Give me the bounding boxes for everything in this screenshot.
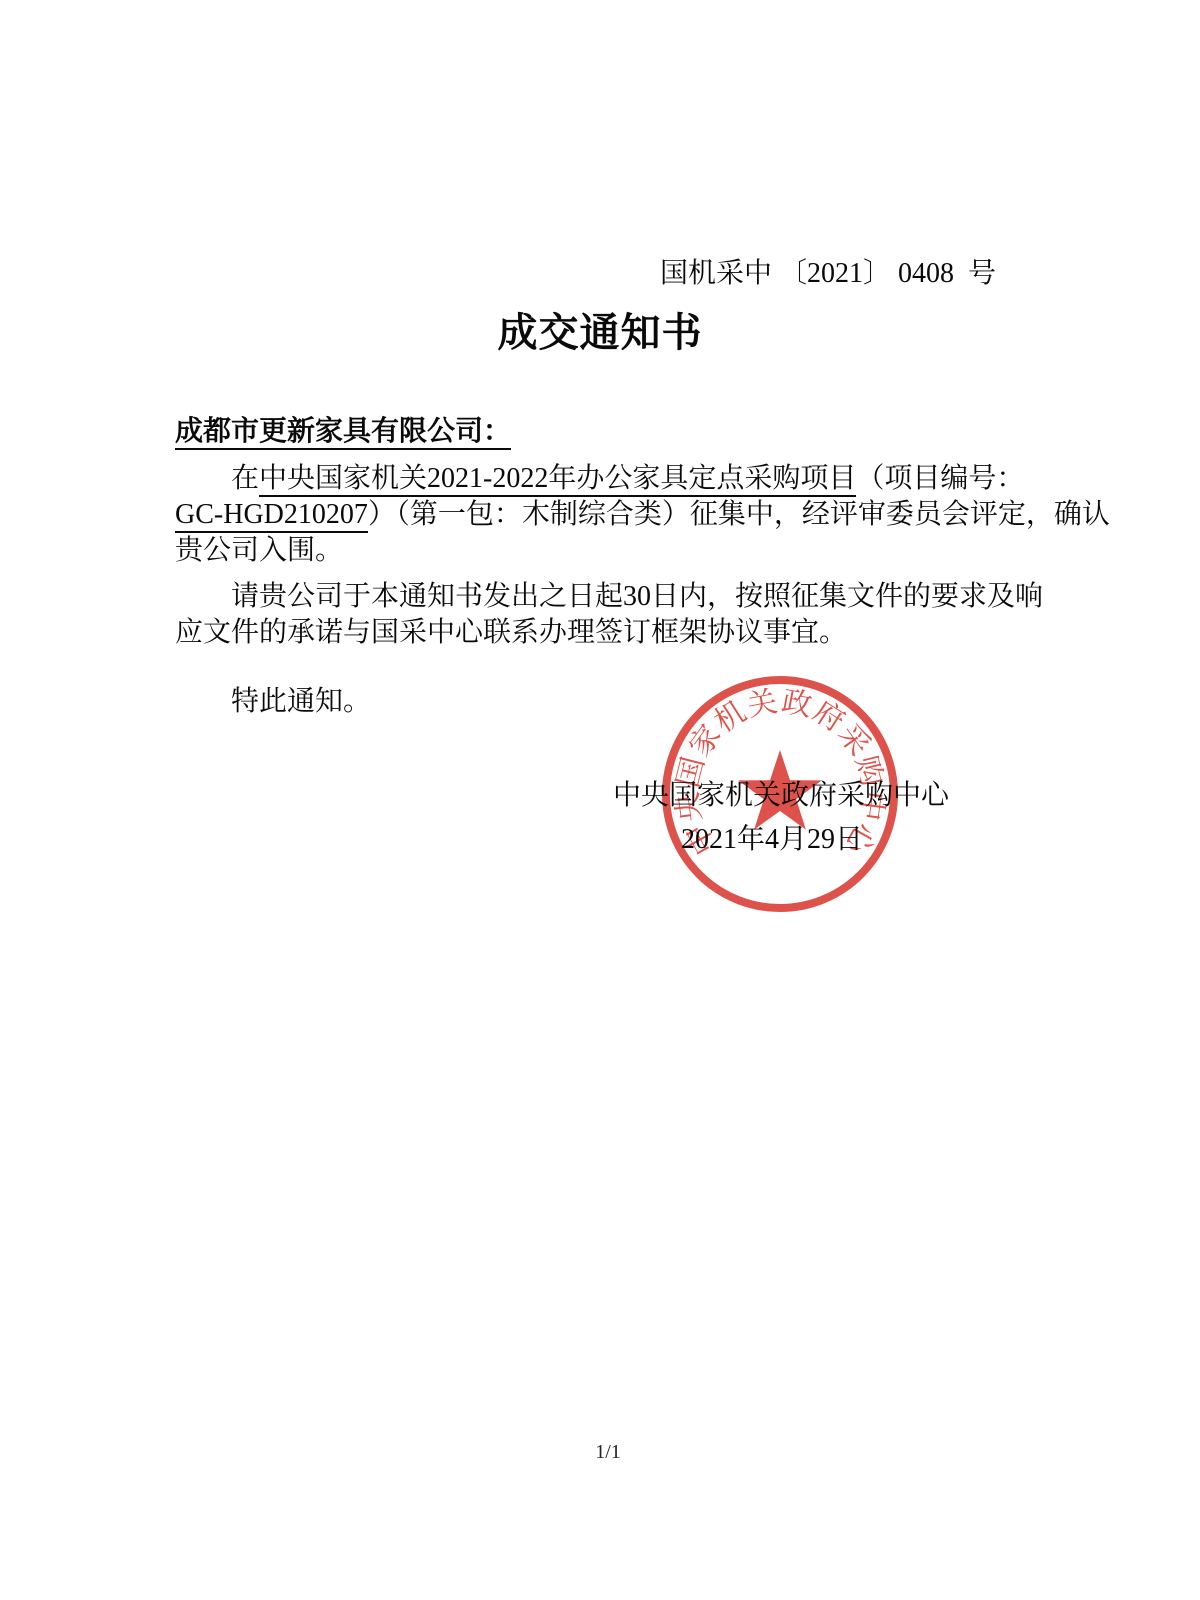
paragraph-2-line-2: 应文件的承诺与国采中心联系办理签订框架协议事宜。: [175, 615, 1035, 651]
para1-post-text: ）（第一包：木制综合类）征集中，经评审委员会评定，确认: [368, 499, 1110, 530]
paragraph-1-line-2: GC-HGD210207）（第一包：木制综合类）征集中，经评审委员会评定，确认: [175, 497, 1035, 533]
paragraph-1-line-1: 在中央国家机关2021-2022年办公家具定点采购项目（项目编号：: [175, 461, 1035, 497]
paragraph-2-line-1: 请贵公司于本通知书发出之日起30日内，按照征集文件的要求及响: [175, 579, 1035, 615]
document-page: 国机采中 〔2021〕 0408 号 成交通知书 成都市更新家具有限公司： 在中…: [0, 0, 1200, 1600]
doc-number: 国机采中 〔2021〕 0408 号: [660, 256, 996, 292]
para1-mid-text: （项目编号：: [856, 463, 1024, 494]
seal-star-icon: [738, 750, 822, 830]
para1-pre-text: 在: [231, 463, 259, 494]
paragraph-2: 请贵公司于本通知书发出之日起30日内，按照征集文件的要求及响 应文件的承诺与国采…: [175, 579, 1035, 651]
addressee-line: 成都市更新家具有限公司：: [175, 415, 511, 449]
page-number: 1/1: [595, 1440, 621, 1464]
closing-line: 特此通知。: [175, 684, 1035, 720]
page-title: 成交通知书: [0, 310, 1200, 356]
official-seal: 中央国家机关政府采购中心: [655, 669, 905, 919]
addressee-text: 成都市更新家具有限公司：: [175, 416, 511, 450]
paragraph-1: 在中央国家机关2021-2022年办公家具定点采购项目（项目编号： GC-HGD…: [175, 461, 1035, 569]
paragraph-1-line-3: 贵公司入围。: [175, 533, 1035, 569]
project-name-underline: 中央国家机关2021-2022年办公家具定点采购项目: [259, 463, 856, 497]
closing-text: 特此通知。: [175, 684, 1035, 720]
project-code-underline: GC-HGD210207: [175, 499, 368, 533]
